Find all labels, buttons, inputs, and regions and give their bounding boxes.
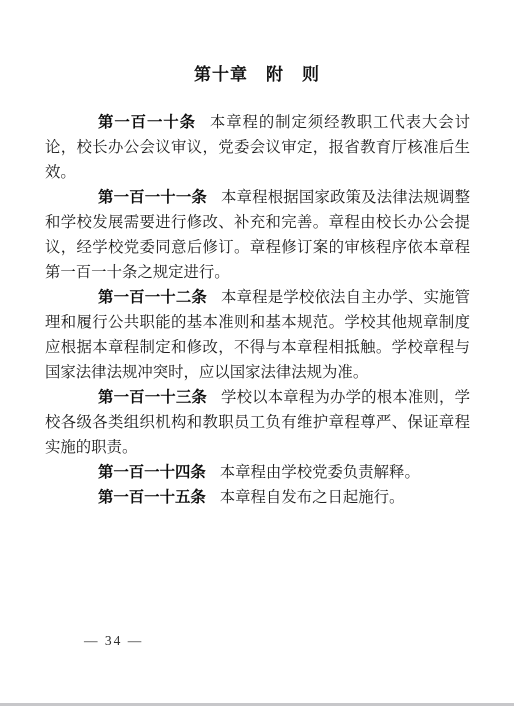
article-number: 第一百一十二条 — [98, 289, 207, 306]
article-number: 第一百一十条 — [98, 114, 196, 131]
article-text: 本章程自发布之日起施行。 — [220, 489, 405, 506]
article-paragraph: 第一百一十四条本章程由学校党委负责解释。 — [45, 460, 470, 485]
page-number: — 34 — — [84, 633, 143, 649]
article-text: 本章程由学校党委负责解释。 — [220, 464, 420, 481]
article-paragraph: 第一百一十五条本章程自发布之日起施行。 — [45, 485, 470, 510]
article-number: 第一百一十四条 — [98, 464, 206, 481]
document-body: 第一百一十条本章程的制定须经教职工代表大会讨论，校长办公会议审议，党委会议审定，… — [45, 110, 470, 510]
article-paragraph: 第一百一十一条本章程根据国家政策及法律法规调整和学校发展需要进行修改、补充和完善… — [45, 185, 470, 285]
article-paragraph: 第一百一十条本章程的制定须经教职工代表大会讨论，校长办公会议审议，党委会议审定，… — [45, 110, 470, 185]
article-number: 第一百一十三条 — [98, 389, 207, 406]
chapter-title: 第十章 附 则 — [0, 64, 514, 86]
article-number: 第一百一十一条 — [98, 189, 207, 206]
document-page: 第十章 附 则 第一百一十条本章程的制定须经教职工代表大会讨论，校长办公会议审议… — [0, 0, 514, 706]
article-paragraph: 第一百一十三条学校以本章程为办学的根本准则，学校各级各类组织机构和教职员工负有维… — [45, 385, 470, 460]
article-paragraph: 第一百一十二条本章程是学校依法自主办学、实施管理和履行公共职能的基本准则和基本规… — [45, 285, 470, 385]
article-number: 第一百一十五条 — [98, 489, 206, 506]
